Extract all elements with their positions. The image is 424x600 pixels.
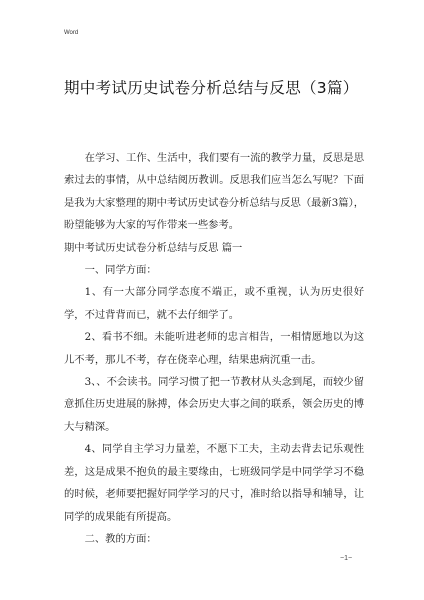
list-item-2: 2、看书不细。未能听进老师的忠言相告，一相情愿地以为这儿不考，那儿不考，存在侥幸… [64, 326, 364, 371]
document-page: Word 期中考试历史试卷分析总结与反思（3篇） 在学习、工作、生活中，我们要有… [0, 0, 424, 600]
document-body: 在学习、工作、生活中，我们要有一流的教学力量，反思是思索过去的事情，从中总结阅历… [64, 147, 364, 550]
section-title: 期中考试历史试卷分析总结与反思 篇一 [64, 237, 364, 259]
list-item-3: 3、、不会读书。同学习惯了把一节教材从头念到尾，而较少留意抓住历史进展的脉搏，体… [64, 371, 364, 438]
intro-paragraph: 在学习、工作、生活中，我们要有一流的教学力量，反思是思索过去的事情，从中总结阅历… [64, 147, 364, 237]
list-item-4: 4、同学自主学习力量差，不愿下工夫，主动去背去记乐观性差，这是成果不抱负的最主要… [64, 438, 364, 528]
list-item-1: 1、有一大部分同学态度不端正，或不重视，认为历史很好学，不过背背而已，就不去仔细… [64, 281, 364, 326]
page-number: −1− [340, 555, 352, 562]
heading-students: 一、同学方面： [64, 259, 364, 281]
header-label: Word [64, 30, 78, 36]
document-title: 期中考试历史试卷分析总结与反思（3篇） [64, 76, 384, 98]
heading-teaching: 二、教的方面： [64, 528, 364, 550]
